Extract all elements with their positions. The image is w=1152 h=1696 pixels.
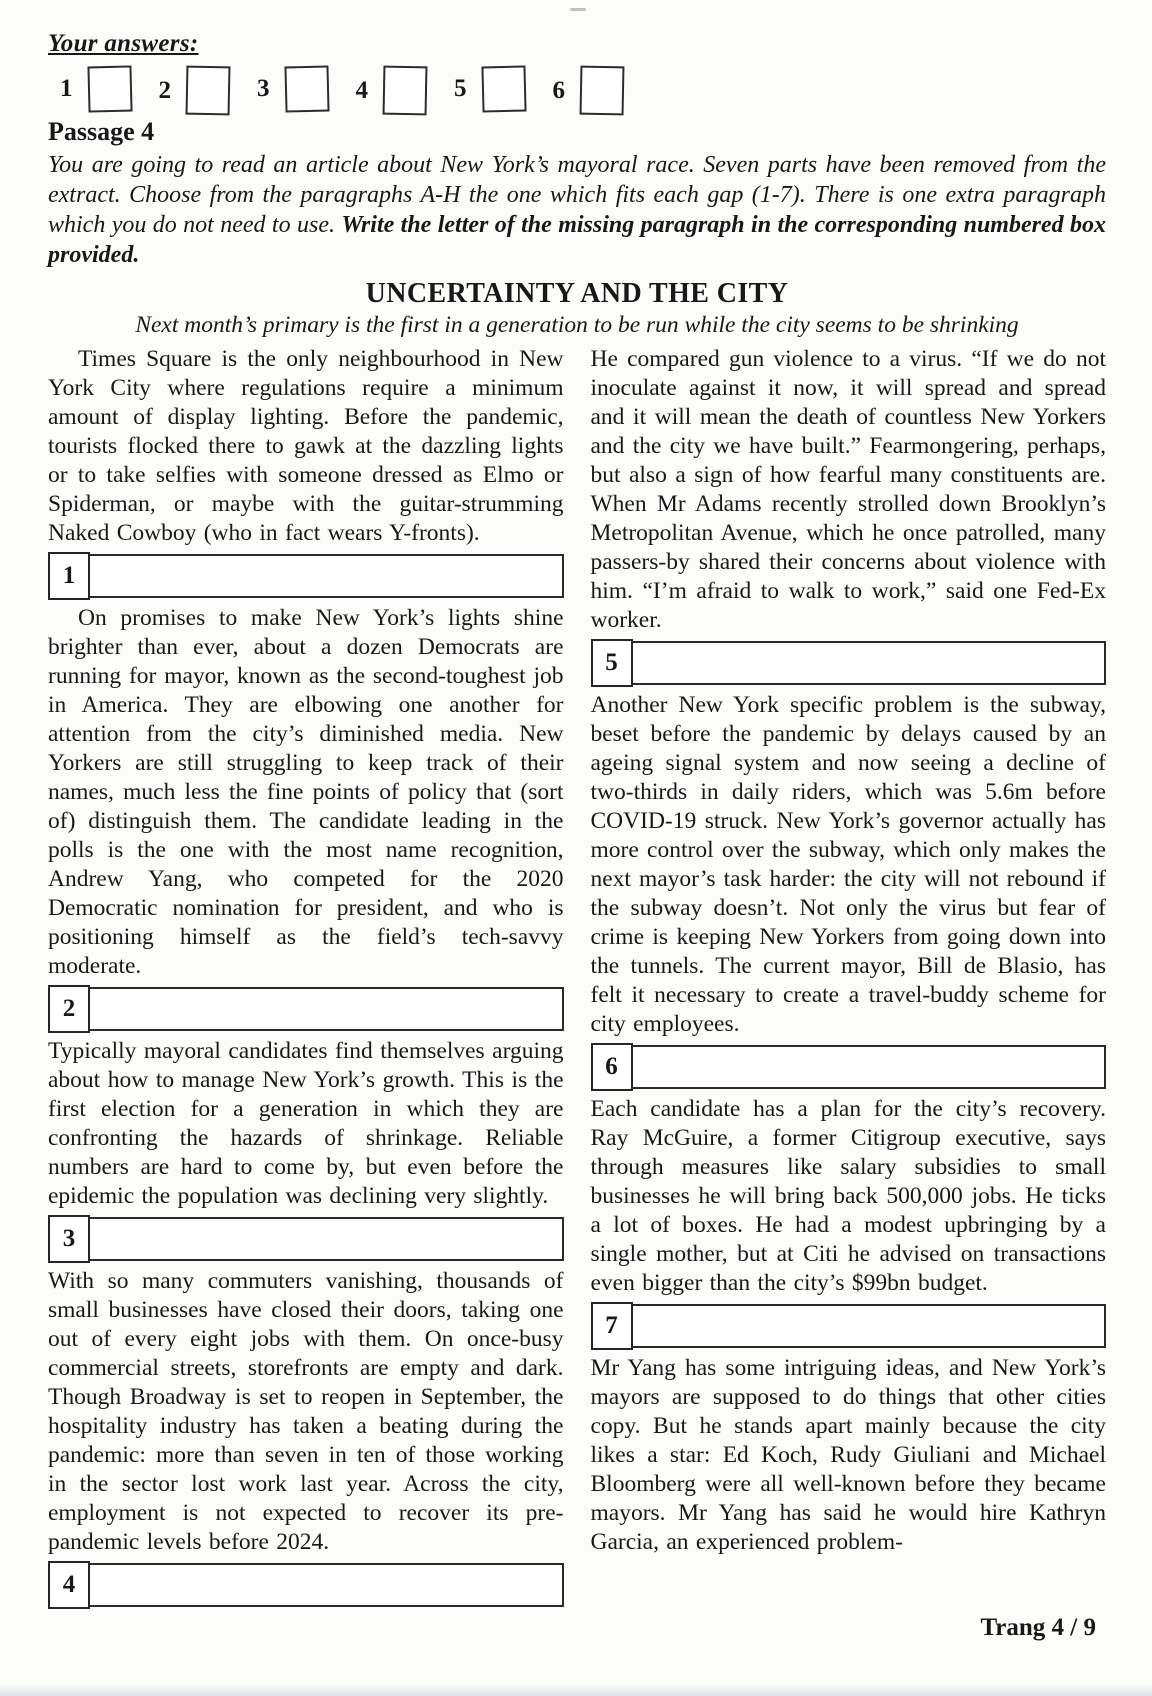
gap-number: 2: [48, 985, 90, 1033]
scan-bottom-band: [0, 1685, 1152, 1696]
answer-slot-1: 1: [60, 66, 132, 112]
gap-blank-1: [88, 554, 564, 598]
scan-artifact-dash: [570, 8, 586, 11]
gap-blank-3: [88, 1217, 564, 1261]
gap-blank-5: [631, 641, 1107, 685]
answer-box-4[interactable]: [383, 66, 428, 116]
article-paragraph: Typically mayoral candidates find themse…: [48, 1037, 564, 1211]
article-paragraph: Times Square is the only neighbourhood i…: [48, 345, 564, 548]
answer-slot-4: 4: [356, 66, 428, 115]
article-paragraph: With so many commuters vanishing, thousa…: [48, 1267, 564, 1557]
answer-box-3[interactable]: [284, 65, 329, 112]
gap-blank-4: [88, 1563, 564, 1607]
answer-box-6[interactable]: [580, 66, 625, 116]
gap-blank-2: [88, 987, 564, 1031]
right-column: He compared gun violence to a virus. “If…: [591, 345, 1107, 1613]
article-paragraph: He compared gun violence to a virus. “If…: [591, 345, 1107, 635]
answer-box-2[interactable]: [186, 66, 231, 116]
answer-box-5[interactable]: [481, 65, 526, 112]
article-paragraph: Each candidate has a plan for the city’s…: [591, 1095, 1107, 1298]
gap-box-3: 3: [48, 1215, 564, 1263]
answer-slot-3: 3: [257, 66, 329, 112]
page-number: Trang 4 / 9: [980, 1614, 1096, 1642]
passage-heading: Passage 4: [48, 117, 1106, 147]
gap-box-7: 7: [591, 1302, 1107, 1350]
answer-box-1[interactable]: [87, 65, 132, 112]
gap-number: 3: [48, 1215, 90, 1263]
answer-slot-number: 2: [159, 70, 172, 112]
answers-row: 1 2 3 4 5 6: [60, 66, 1106, 115]
gap-box-4: 4: [48, 1561, 564, 1609]
answer-slot-5: 5: [454, 66, 526, 112]
gap-box-5: 5: [591, 639, 1107, 687]
answer-slot-2: 2: [159, 66, 231, 115]
instructions: You are going to read an article about N…: [48, 150, 1106, 270]
article-title: UNCERTAINTY AND THE CITY: [48, 278, 1106, 310]
answer-slot-number: 5: [454, 68, 467, 110]
article-columns: Times Square is the only neighbourhood i…: [48, 345, 1106, 1613]
article-paragraph: On promises to make New York’s lights sh…: [48, 604, 564, 981]
gap-box-2: 2: [48, 985, 564, 1033]
gap-box-1: 1: [48, 552, 564, 600]
gap-number: 5: [591, 639, 633, 687]
answer-slot-number: 1: [60, 68, 73, 110]
gap-number: 6: [591, 1043, 633, 1091]
gap-blank-6: [631, 1045, 1107, 1089]
document-page: Your answers: 1 2 3 4 5 6 Passage 4 You …: [0, 0, 1152, 1696]
article-subtitle: Next month’s primary is the first in a g…: [48, 312, 1106, 339]
answer-slot-6: 6: [553, 66, 625, 115]
gap-number: 7: [591, 1302, 633, 1350]
answer-slot-number: 4: [356, 70, 369, 112]
left-column: Times Square is the only neighbourhood i…: [48, 345, 564, 1613]
answer-slot-number: 3: [257, 68, 270, 110]
gap-number: 4: [48, 1561, 90, 1609]
gap-box-6: 6: [591, 1043, 1107, 1091]
your-answers-label: Your answers:: [48, 30, 1106, 58]
gap-number: 1: [48, 552, 90, 600]
gap-blank-7: [631, 1304, 1107, 1348]
article-paragraph: Mr Yang has some intriguing ideas, and N…: [591, 1354, 1107, 1557]
answer-slot-number: 6: [553, 70, 566, 112]
article-paragraph: Another New York specific problem is the…: [591, 691, 1107, 1039]
